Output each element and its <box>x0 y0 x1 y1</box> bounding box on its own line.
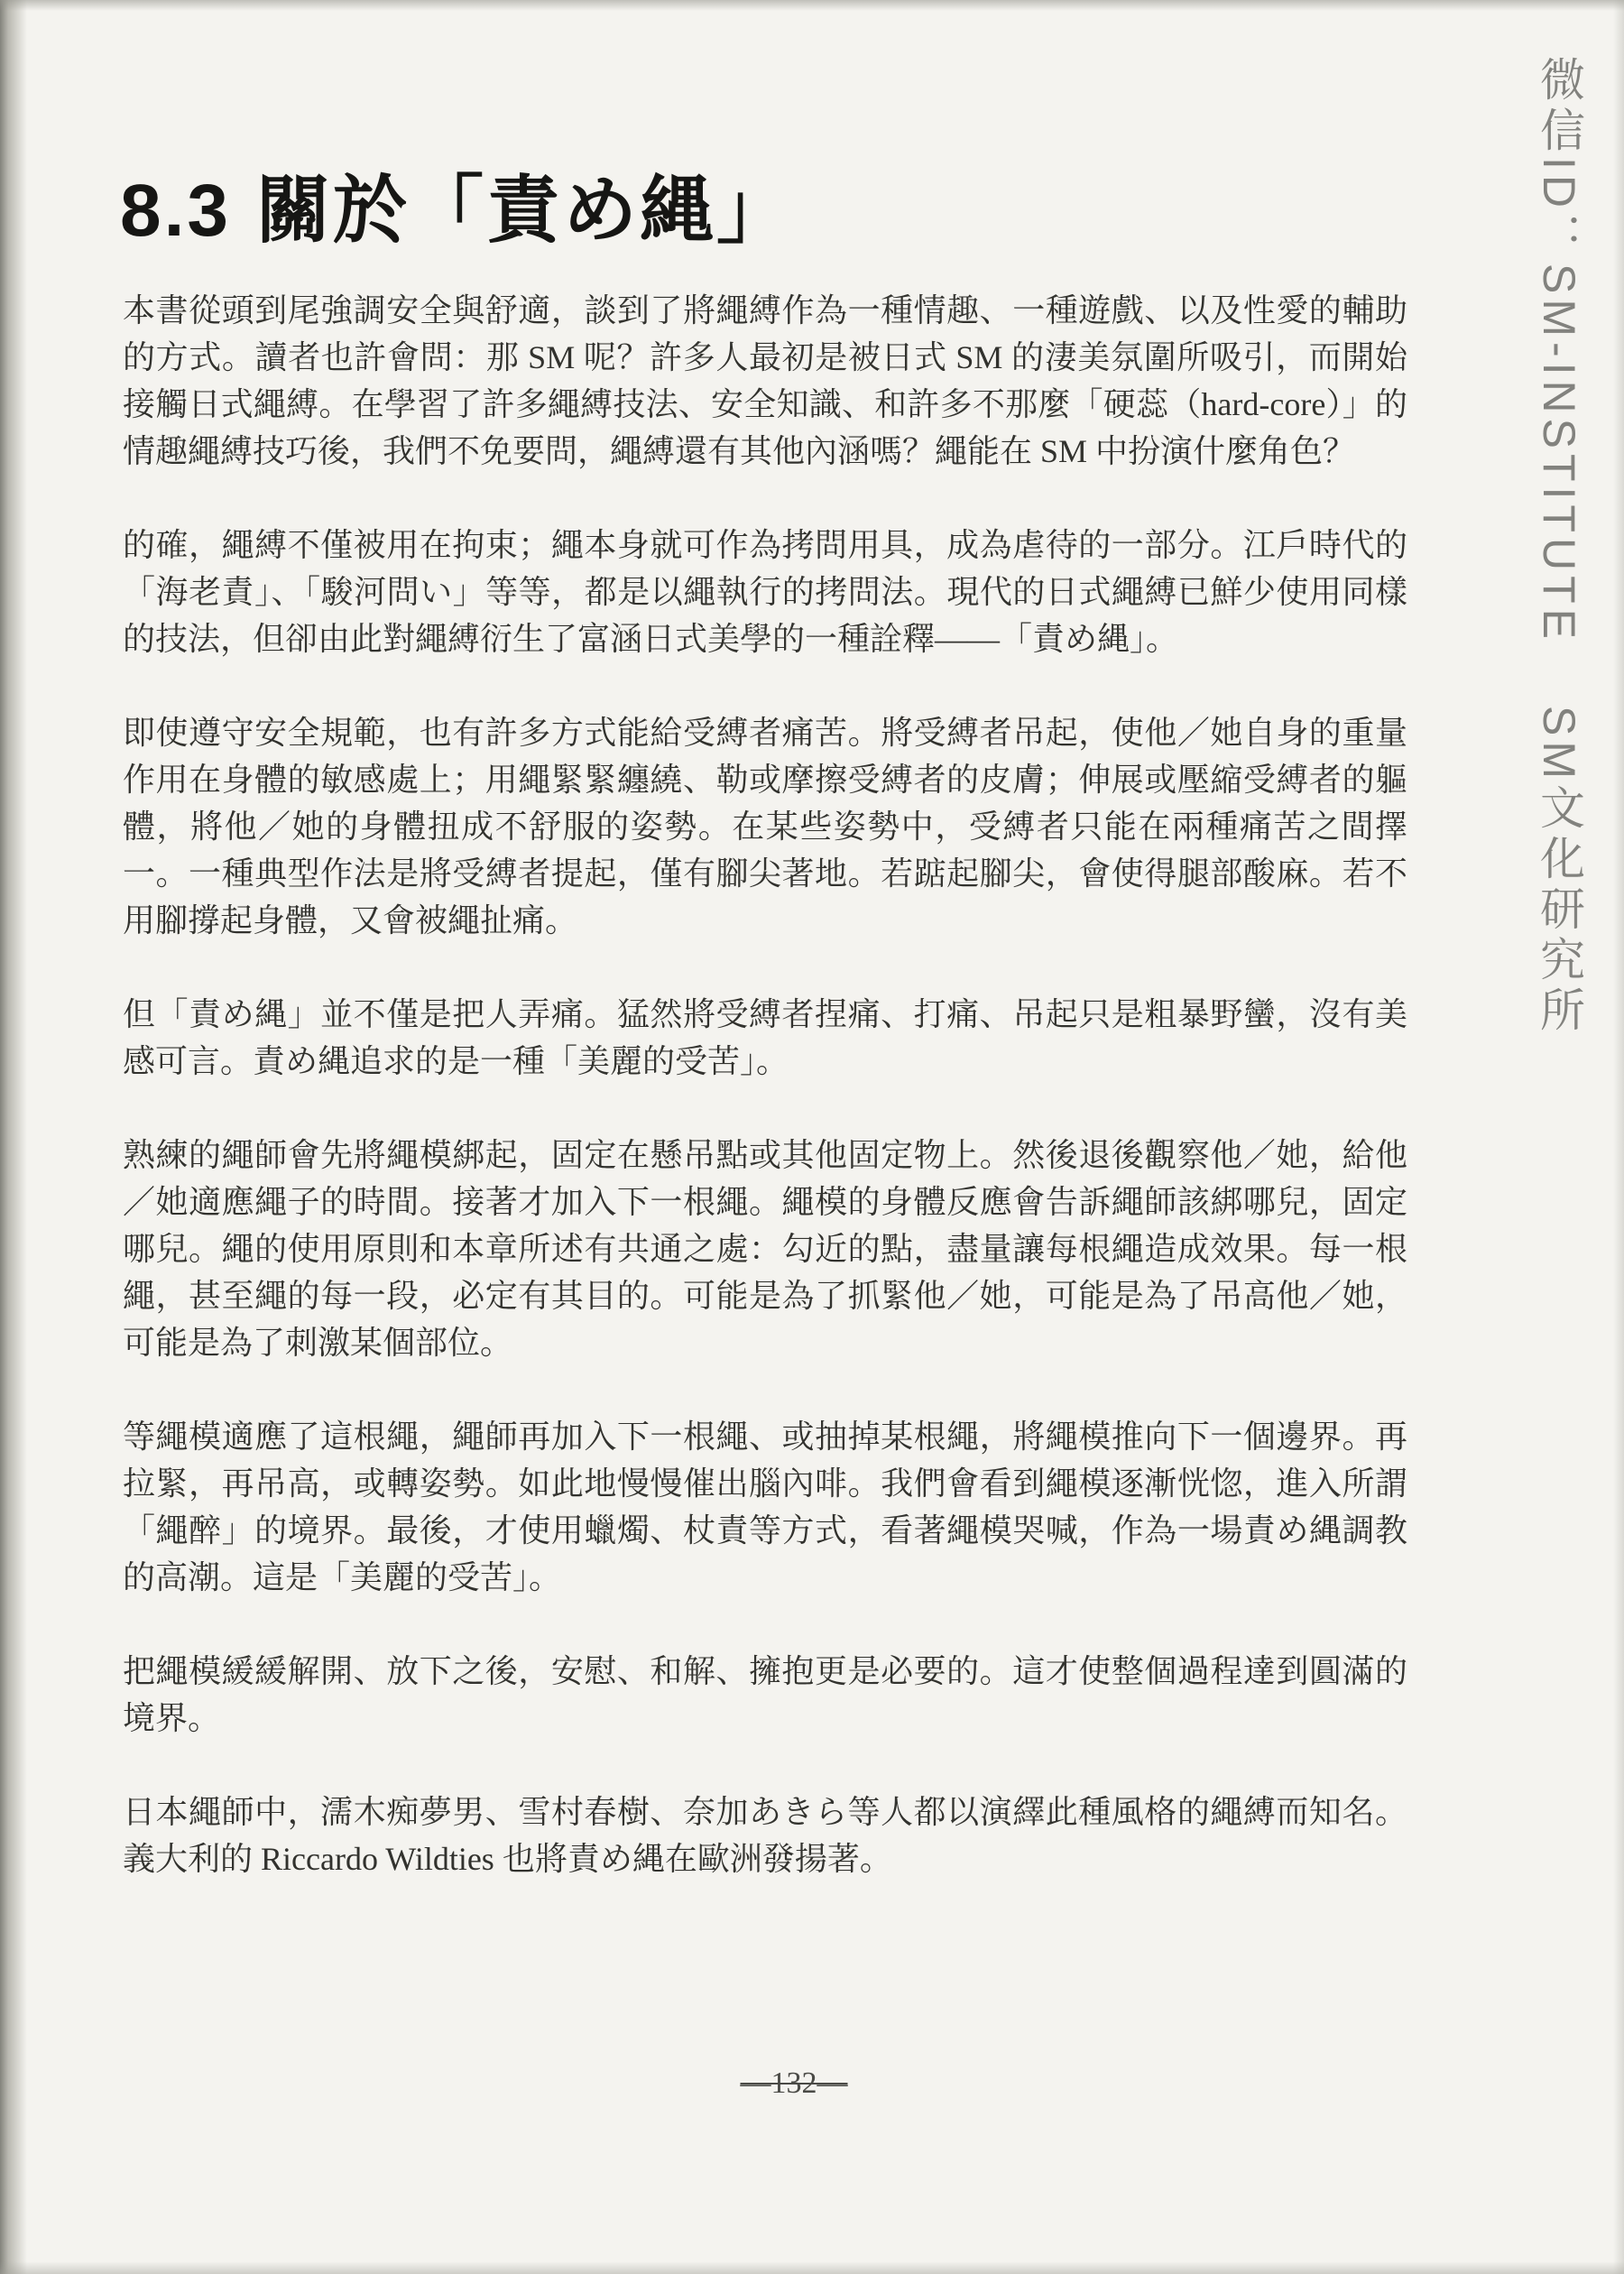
body-text: 本書從頭到尾強調安全與舒適，談到了將繩縛作為一種情趣、一種遊戲、以及性愛的輔助的… <box>123 287 1407 1929</box>
paragraph: 即使遵守安全規範，也有許多方式能給受縛者痛苦。將受縛者吊起，使他／她自身的重量作… <box>123 709 1407 944</box>
scan-edge-top <box>0 0 1624 11</box>
scan-edge-right <box>1613 0 1624 2274</box>
paragraph: 本書從頭到尾強調安全與舒適，談到了將繩縛作為一種情趣、一種遊戲、以及性愛的輔助的… <box>123 287 1407 475</box>
paragraph: 等繩模適應了這根繩，繩師再加入下一根繩、或抽掉某根繩，將繩模推向下一個邊界。再拉… <box>123 1413 1407 1601</box>
section-number: 8.3 <box>120 170 231 252</box>
paragraph: 日本繩師中，濡木痴夢男、雪村春樹、奈加あきら等人都以演繹此種風格的繩縛而知名。義… <box>123 1789 1407 1882</box>
page-number: —132— <box>0 2066 1588 2101</box>
page-number-value: —132— <box>741 2066 848 2100</box>
section-heading: 8.3關於「責め縄」 <box>120 152 793 257</box>
paragraph: 把繩模緩緩解開、放下之後，安慰、和解、擁抱更是必要的。這才使整個過程達到圓滿的境… <box>123 1648 1407 1742</box>
scan-edge-bottom <box>0 2261 1624 2274</box>
wechat-id-vertical-text: 微信ID：SM-INSTITUTE <box>1527 56 1592 644</box>
paragraph: 但「責め縄」並不僅是把人弄痛。猛然將受縛者捏痛、打痛、吊起只是粗暴野蠻，沒有美感… <box>123 991 1407 1085</box>
section-title: 關於「責め縄」 <box>256 170 793 252</box>
margin-vertical-text: 微信ID：SM-INSTITUTE SM文化研究所 <box>1514 56 1592 1319</box>
paragraph: 的確，繩縛不僅被用在拘束；繩本身就可作為拷問用具，成為虐待的一部分。江戶時代的「… <box>123 522 1407 662</box>
paragraph: 熟練的繩師會先將繩模綁起，固定在懸吊點或其他固定物上。然後退後觀察他／她，給他／… <box>123 1132 1407 1366</box>
scan-edge-left <box>0 0 27 2274</box>
org-name-vertical-text: SM文化研究所 <box>1527 662 1592 1037</box>
